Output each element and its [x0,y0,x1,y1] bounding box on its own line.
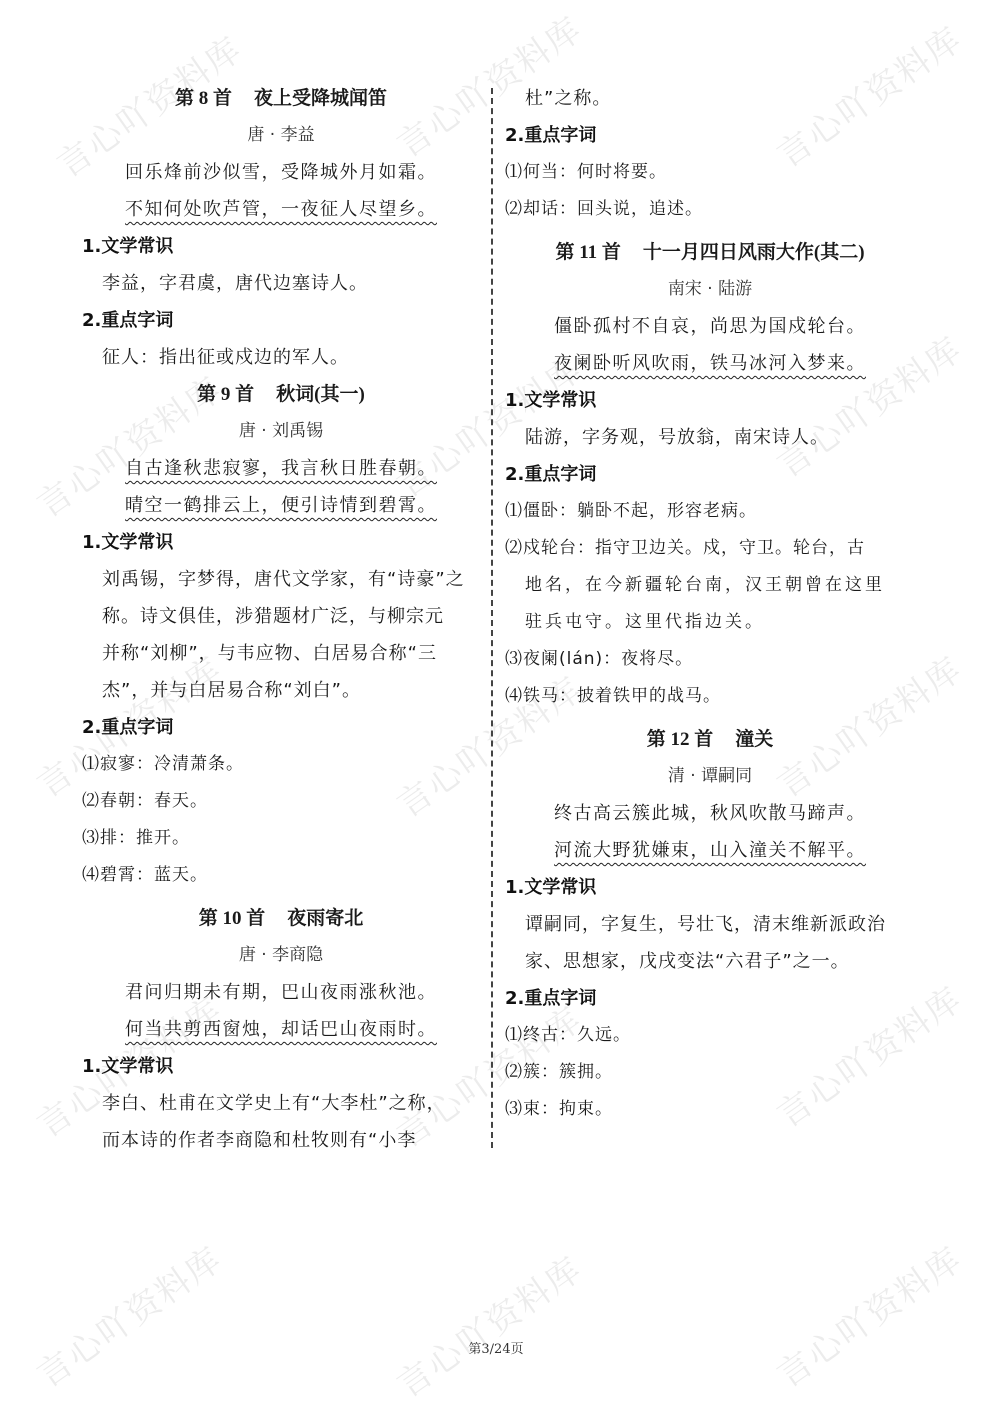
poem-10-continued: 杜”之称。 2.重点字词 ⑴何当：何时将要。 ⑵却话：回头说，追述。 [505,80,915,228]
poem-number: 第 9 首 [197,384,254,405]
section-text: 刘禹锡，字梦得，唐代文学家，有“诗豪”之 [82,561,480,598]
poem-number: 第 12 首 [647,729,714,750]
poem-verse-underlined: 河流大野犹嫌束，山入潼关不解平。 [554,840,866,861]
poem-9: 第 9 首秋词(其一) 唐 · 刘禹锡 自古逢秋悲寂寥，我言秋日胜春朝。 晴空一… [82,376,480,894]
poem-title: 第 9 首秋词(其一) [82,376,480,413]
poem-name: 秋词(其一) [276,384,365,405]
section-text: 家、思想家，戊戌变法“六君子”之一。 [505,943,915,980]
section-heading: 2.重点字词 [505,456,915,493]
right-column: 杜”之称。 2.重点字词 ⑴何当：何时将要。 ⑵却话：回头说，追述。 第 11 … [505,80,915,1128]
poem-name: 十一月四日风雨大作(其二) [643,242,865,263]
section-heading: 2.重点字词 [82,302,480,339]
vocab-item: ⑵戍轮台：指守卫边关。戍，守卫。轮台，古 [505,530,915,567]
section-heading: 2.重点字词 [82,709,480,746]
poem-verse-underlined: 不知何处吹芦管，一夜征人尽望乡。 [125,199,437,220]
vocab-item: ⑵却话：回头说，追述。 [505,191,915,228]
vocab-item-continued: 驻兵屯守。这里代指边关。 [505,604,915,641]
section-heading: 1.文学常识 [82,228,480,265]
poem-number: 第 11 首 [555,242,620,263]
section-text: 称。诗文俱佳，涉猎题材广泛，与柳宗元 [82,598,480,635]
poem-verse: 僵卧孤村不自哀，尚思为国戍轮台。 [505,308,915,345]
vocab-item: ⑴何当：何时将要。 [505,154,915,191]
poem-verse-underlined: 自古逢秋悲寂寥，我言秋日胜春朝。 [125,458,437,479]
vocab-item: ⑷碧霄：蓝天。 [82,857,480,894]
poem-verse-underlined: 何当共剪西窗烛，却话巴山夜雨时。 [125,1019,437,1040]
poem-10: 第 10 首夜雨寄北 唐 · 李商隐 君问归期未有期，巴山夜雨涨秋池。 何当共剪… [82,900,480,1159]
poem-author: 南宋 · 陆游 [505,271,915,308]
section-heading: 1.文学常识 [82,1048,480,1085]
section-heading: 2.重点字词 [505,117,915,154]
vocab-item: 征人：指出征或戍边的军人。 [82,339,480,376]
section-text: 杜”之称。 [505,80,915,117]
section-text: 陆游，字务观，号放翁，南宋诗人。 [505,419,915,456]
vocab-item: ⑴终古：久远。 [505,1017,915,1054]
vocab-item: ⑵春朝：春天。 [82,783,480,820]
poem-title: 第 11 首十一月四日风雨大作(其二) [505,234,915,271]
vocab-item: ⑴寂寥：冷清萧条。 [82,746,480,783]
section-heading: 1.文学常识 [505,869,915,906]
poem-verse: 君问归期未有期，巴山夜雨涨秋池。 [82,974,480,1011]
poem-verse: 终古高云簇此城，秋风吹散马蹄声。 [505,795,915,832]
poem-8: 第 8 首夜上受降城闻笛 唐 · 李益 回乐烽前沙似雪，受降城外月如霜。 不知何… [82,80,480,376]
section-text: 杰”，并与白居易合称“刘白”。 [82,672,480,709]
section-heading: 1.文学常识 [505,382,915,419]
poem-number: 第 8 首 [175,88,232,109]
section-text: 并称“刘柳”，与韦应物、白居易合称“三 [82,635,480,672]
vocab-item: ⑶夜阑(lán)：夜将尽。 [505,641,915,678]
poem-title: 第 8 首夜上受降城闻笛 [82,80,480,117]
section-text: 李白、杜甫在文学史上有“大李杜”之称， [82,1085,480,1122]
vocab-item: ⑵簇：簇拥。 [505,1054,915,1091]
poem-title: 第 10 首夜雨寄北 [82,900,480,937]
poem-author: 唐 · 刘禹锡 [82,413,480,450]
section-heading: 2.重点字词 [505,980,915,1017]
page-number: 第3/24页 [0,1338,992,1357]
poem-verse: 回乐烽前沙似雪，受降城外月如霜。 [82,154,480,191]
vocab-item: ⑴僵卧：躺卧不起，形容老病。 [505,493,915,530]
vocab-item: ⑶束：拘束。 [505,1091,915,1128]
poem-11: 第 11 首十一月四日风雨大作(其二) 南宋 · 陆游 僵卧孤村不自哀，尚思为国… [505,234,915,715]
column-divider [491,88,493,1148]
section-text: 谭嗣同，字复生，号壮飞，清末维新派政治 [505,906,915,943]
poem-name: 夜雨寄北 [287,908,363,929]
poem-number: 第 10 首 [199,908,266,929]
poem-author: 清 · 谭嗣同 [505,758,915,795]
poem-author: 唐 · 李商隐 [82,937,480,974]
vocab-item-continued: 地名，在今新疆轮台南，汉王朝曾在这里 [505,567,915,604]
left-column: 第 8 首夜上受降城闻笛 唐 · 李益 回乐烽前沙似雪，受降城外月如霜。 不知何… [82,80,480,1159]
section-text: 李益，字君虞，唐代边塞诗人。 [82,265,480,302]
vocab-item: ⑷铁马：披着铁甲的战马。 [505,678,915,715]
poem-verse-underlined: 夜阑卧听风吹雨，铁马冰河入梦来。 [554,353,866,374]
poem-12: 第 12 首潼关 清 · 谭嗣同 终古高云簇此城，秋风吹散马蹄声。 河流大野犹嫌… [505,721,915,1128]
poem-name: 夜上受降城闻笛 [254,88,387,109]
poem-title: 第 12 首潼关 [505,721,915,758]
poem-verse-underlined: 晴空一鹤排云上，便引诗情到碧霄。 [125,495,437,516]
document-page: 第 8 首夜上受降城闻笛 唐 · 李益 回乐烽前沙似雪，受降城外月如霜。 不知何… [0,0,992,1403]
section-heading: 1.文学常识 [82,524,480,561]
vocab-item: ⑶排：推开。 [82,820,480,857]
section-text: 而本诗的作者李商隐和杜牧则有“小李 [82,1122,480,1159]
poem-author: 唐 · 李益 [82,117,480,154]
poem-name: 潼关 [735,729,773,750]
